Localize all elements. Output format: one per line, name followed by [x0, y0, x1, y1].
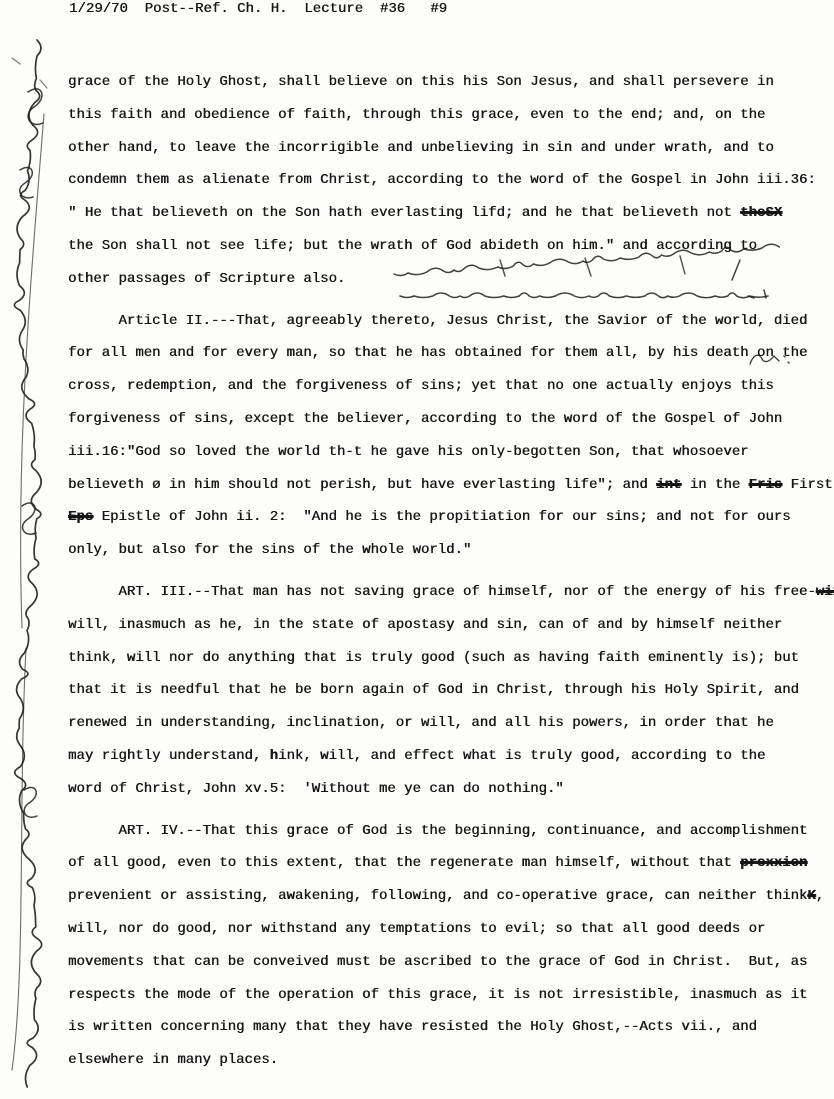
- document-line: other hand, to leave the incorrigible an…: [68, 132, 830, 165]
- paragraph: grace of the Holy Ghost, shall believe o…: [68, 66, 830, 296]
- document-line: renewed in understanding, inclination, o…: [68, 707, 830, 740]
- typed-text: will, nor do good, nor withstand any tem…: [68, 921, 765, 937]
- typed-text: " He that believeth on the Son hath ever…: [68, 205, 740, 221]
- scanned-document-page: 1/29/70 Post--Ref. Ch. H. Lecture #36 #9…: [0, 0, 834, 1099]
- overtyped-crossed-out-text: wix: [816, 584, 834, 600]
- typed-text: ART. III.--That man has not saving grace…: [68, 584, 816, 600]
- document-line: the Son shall not see life; but the wrat…: [68, 230, 830, 263]
- typed-text: only, but also for the sins of the whole…: [68, 542, 471, 558]
- typed-text: cross, redemption, and the forgiveness o…: [68, 378, 774, 394]
- handwriting-stroke: [12, 58, 47, 88]
- document-line: forgiveness of sins, except the believer…: [68, 403, 830, 436]
- overtyped-crossed-out-text: Fris: [749, 477, 783, 493]
- document-line: this faith and obedience of faith, throu…: [68, 99, 830, 132]
- typed-text: that it is needful that he be born again…: [68, 682, 799, 698]
- typed-text: this faith and obedience of faith, throu…: [68, 107, 765, 123]
- typed-text: Article II.---That, agreeably thereto, J…: [68, 313, 807, 329]
- typed-text: the Son shall not see life; but the wrat…: [68, 238, 757, 254]
- handwriting-stroke: [28, 89, 43, 125]
- typed-text: other passages of Scripture also.: [68, 271, 345, 287]
- typed-text: other hand, to leave the incorrigible an…: [68, 140, 774, 156]
- document-body: grace of the Holy Ghost, shall believe o…: [68, 66, 830, 1077]
- document-line: may rightly understand, hink, will, and …: [68, 740, 830, 773]
- typed-text: is written concerning many that they hav…: [68, 1019, 757, 1035]
- handwriting-stroke: [24, 787, 37, 817]
- document-line: movements that can be conveived must be …: [68, 946, 830, 979]
- document-line: Eps Epistle of John ii. 2: "And he is th…: [68, 501, 830, 534]
- overtyped-crossed-out-text: int: [656, 477, 681, 493]
- document-line: believeth ø in him should not perish, bu…: [68, 469, 830, 502]
- typed-text: ART. IV.--That this grace of God is the …: [68, 823, 807, 839]
- typed-text: renewed in understanding, inclination, o…: [68, 715, 774, 731]
- document-line: ART. IV.--That this grace of God is the …: [68, 815, 830, 848]
- document-line: " He that believeth on the Son hath ever…: [68, 197, 830, 230]
- handwritten-margin-note: [0, 28, 60, 1090]
- typed-text: believeth ø in him should not perish, bu…: [68, 477, 656, 493]
- document-line: for all men and for every man, so that h…: [68, 337, 830, 370]
- document-line: other passages of Scripture also.: [68, 263, 830, 296]
- handwriting-stroke: [14, 40, 41, 1087]
- document-line: ART. III.--That man has not saving grace…: [68, 576, 830, 609]
- document-line: word of Christ, John xv.5: 'Without me y…: [68, 773, 830, 806]
- typed-text: will, inasmuch as he, in the state of ap…: [68, 617, 782, 633]
- document-line: only, but also for the sins of the whole…: [68, 534, 830, 567]
- document-line: Article II.---That, agreeably thereto, J…: [68, 305, 830, 338]
- paragraph: ART. III.--That man has not saving grace…: [68, 576, 830, 806]
- handwriting-stroke: [12, 648, 26, 1070]
- typed-text: h: [270, 748, 278, 764]
- typed-text: First: [782, 477, 832, 493]
- document-line: respects the mode of the operation of th…: [68, 979, 830, 1012]
- typed-text: in the: [681, 477, 748, 493]
- document-line: cross, redemption, and the forgiveness o…: [68, 370, 830, 403]
- document-line: think, will nor do anything that is trul…: [68, 642, 830, 675]
- typed-text: prevenient or assisting, awakening, foll…: [68, 888, 807, 904]
- typed-text: ,: [816, 888, 824, 904]
- document-line: condemn them as alienate from Christ, ac…: [68, 164, 830, 197]
- handwriting-stroke: [21, 114, 44, 628]
- document-line: elsewhere in many places.: [68, 1044, 830, 1077]
- document-line: that it is needful that he be born again…: [68, 674, 830, 707]
- handwriting-stroke: [20, 167, 33, 197]
- typed-text: forgiveness of sins, except the believer…: [68, 411, 782, 427]
- document-line: prevenient or assisting, awakening, foll…: [68, 880, 830, 913]
- overtyped-crossed-out-text: theSX: [740, 205, 782, 221]
- typed-text: of all good, even to this extent, that t…: [68, 855, 740, 871]
- paragraph: Article II.---That, agreeably thereto, J…: [68, 305, 830, 567]
- typed-text: Epistle of John ii. 2: "And he is the pr…: [93, 509, 790, 525]
- paragraph: ART. IV.--That this grace of God is the …: [68, 815, 830, 1077]
- typed-text: movements that can be conveived must be …: [68, 954, 807, 970]
- overtyped-crossed-out-text: prexxien: [740, 855, 807, 871]
- typed-text: may rightly understand,: [68, 748, 270, 764]
- typed-text: grace of the Holy Ghost, shall believe o…: [68, 74, 774, 90]
- document-line: will, nor do good, nor withstand any tem…: [68, 913, 830, 946]
- overtyped-crossed-out-text: Eps: [68, 509, 93, 525]
- typed-text: think, will nor do anything that is trul…: [68, 650, 799, 666]
- document-line: grace of the Holy Ghost, shall believe o…: [68, 66, 830, 99]
- typed-text: ink, will, and effect what is truly good…: [278, 748, 765, 764]
- typed-text: elsewhere in many places.: [68, 1052, 278, 1068]
- typed-text: for all men and for every man, so that h…: [68, 345, 807, 361]
- document-line: is written concerning many that they hav…: [68, 1011, 830, 1044]
- handwriting-stroke: [22, 503, 36, 534]
- typed-text: condemn them as alienate from Christ, ac…: [68, 172, 816, 188]
- typed-text: iii.16:"God so loved the world th-t he g…: [68, 444, 749, 460]
- document-line: will, inasmuch as he, in the state of ap…: [68, 609, 830, 642]
- document-line: iii.16:"God so loved the world th-t he g…: [68, 436, 830, 469]
- overtyped-crossed-out-text: K: [807, 888, 815, 904]
- page-header: 1/29/70 Post--Ref. Ch. H. Lecture #36 #9: [69, 1, 447, 17]
- document-line: of all good, even to this extent, that t…: [68, 847, 830, 880]
- typed-text: respects the mode of the operation of th…: [68, 987, 807, 1003]
- typed-text: word of Christ, John xv.5: 'Without me y…: [68, 781, 564, 797]
